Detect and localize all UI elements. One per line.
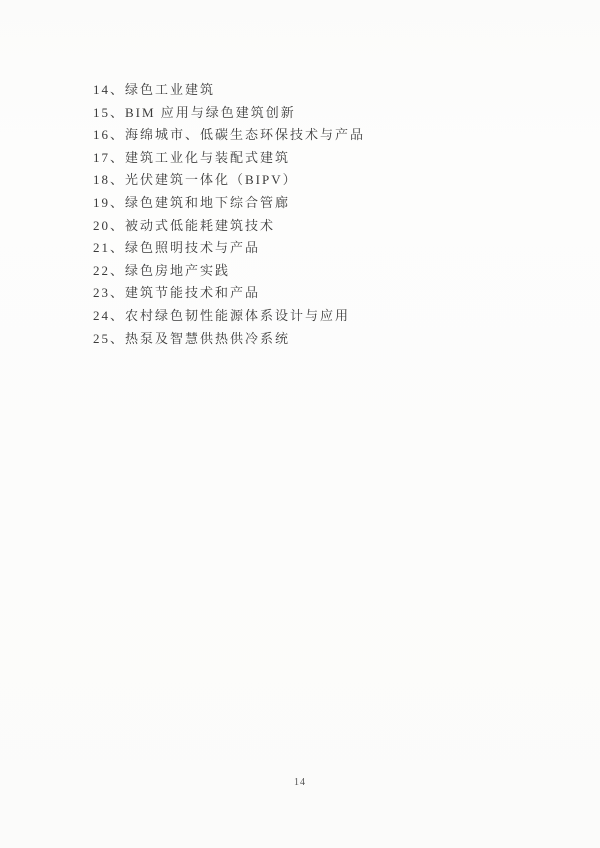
list-item: 14、绿色工业建筑	[93, 79, 533, 102]
page-number: 14	[0, 777, 600, 788]
list-item: 18、光伏建筑一体化（BIPV）	[93, 169, 533, 192]
numbered-list: 14、绿色工业建筑 15、BIM 应用与绿色建筑创新 16、海绵城市、低碳生态环…	[93, 79, 533, 350]
list-item: 23、建筑节能技术和产品	[93, 282, 533, 305]
document-page: 14、绿色工业建筑 15、BIM 应用与绿色建筑创新 16、海绵城市、低碳生态环…	[0, 0, 600, 848]
list-item: 24、农村绿色韧性能源体系设计与应用	[93, 305, 533, 328]
list-item: 22、绿色房地产实践	[93, 260, 533, 283]
list-item: 17、建筑工业化与装配式建筑	[93, 147, 533, 170]
list-item: 15、BIM 应用与绿色建筑创新	[93, 102, 533, 125]
list-item: 20、被动式低能耗建筑技术	[93, 215, 533, 238]
list-item: 16、海绵城市、低碳生态环保技术与产品	[93, 124, 533, 147]
list-item: 19、绿色建筑和地下综合管廊	[93, 192, 533, 215]
list-item: 21、绿色照明技术与产品	[93, 237, 533, 260]
list-item: 25、热泵及智慧供热供冷系统	[93, 328, 533, 351]
